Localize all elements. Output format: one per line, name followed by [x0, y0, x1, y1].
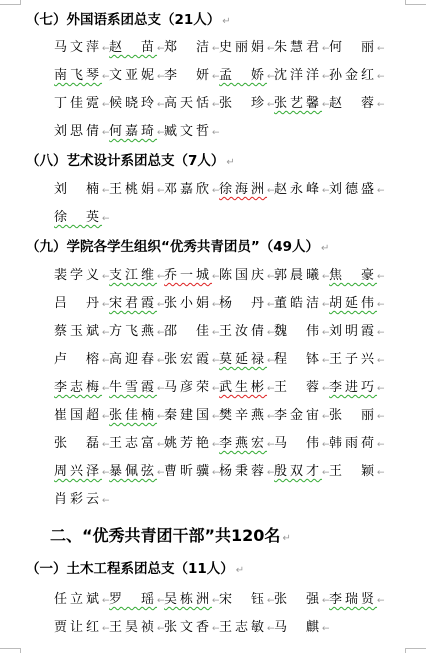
section-heading-text: （九）学院各学生组织“优秀共青团员”（49人）: [26, 239, 319, 255]
cell-end-mark-icon: ←: [377, 384, 385, 394]
name-cell[interactable]: 吴栋洲←: [164, 588, 219, 608]
name-text: 支江维: [109, 268, 157, 283]
name-cell[interactable]: 张 丽←: [329, 404, 384, 424]
name-text: 郭晨曦: [274, 268, 322, 283]
name-text: 崔国超: [54, 408, 102, 423]
section-heading-text: （七）外国语系团总支（21人）: [26, 12, 220, 28]
name-text: 张 强: [274, 592, 322, 607]
name-text: 南飞琴: [54, 68, 102, 83]
name-text: 陈国庆: [219, 268, 267, 283]
name-cell[interactable]: 张 磊←: [54, 432, 109, 452]
section-heading: 二、“优秀共青团干部”共120名↵: [50, 523, 291, 546]
name-text: 周兴泽: [54, 464, 102, 479]
name-cell[interactable]: 焦 豪←: [329, 264, 384, 284]
name-text: 赵 蓉: [329, 96, 377, 111]
name-text: 肖彩云: [54, 492, 102, 507]
name-cell[interactable]: 徐 英←: [54, 206, 109, 226]
name-text: 任立斌: [54, 592, 102, 607]
name-text: 姚芳艳: [164, 436, 212, 451]
name-table-row: 肖彩云←↵: [54, 488, 109, 508]
name-cell[interactable]: 郑 洁←: [164, 36, 219, 56]
name-cell[interactable]: 韩雨荷←: [329, 432, 384, 452]
name-cell[interactable]: 文亚妮←: [109, 64, 164, 84]
name-cell[interactable]: 孟 娇←: [219, 64, 274, 84]
name-text: 朱慧君: [274, 40, 322, 55]
name-text: 马彦荣: [164, 380, 212, 395]
name-cell[interactable]: 陈国庆←: [219, 264, 274, 284]
name-cell[interactable]: 杨秉蓉←: [219, 460, 274, 480]
name-cell[interactable]: 肖彩云←: [54, 488, 109, 508]
name-cell[interactable]: 任立斌←: [54, 588, 109, 608]
name-text: 董皓洁: [274, 296, 322, 311]
page-corner-mark: [0, 648, 21, 653]
name-cell[interactable]: 邓嘉欣←: [164, 178, 219, 198]
name-cell[interactable]: 张文香←: [164, 616, 219, 636]
name-text: 史丽娟: [219, 40, 267, 55]
name-cell[interactable]: 胡延伟←: [329, 292, 384, 312]
name-cell[interactable]: 牛雪霞←: [109, 376, 164, 396]
name-cell[interactable]: 武生彬←: [219, 376, 274, 396]
name-cell[interactable]: 臧文哲←: [164, 120, 219, 140]
name-text: 马文萍: [54, 40, 102, 55]
name-table-row: 徐 英←↵: [54, 206, 109, 226]
name-text: 张艺馨: [274, 96, 322, 111]
name-text: 刘 楠: [54, 182, 102, 197]
name-text: 暴佩弦: [109, 464, 157, 479]
cell-end-mark-icon: ←: [377, 44, 385, 54]
paragraph-mark-icon: ↵: [236, 565, 244, 576]
name-cell[interactable]: 马 麒←: [274, 616, 329, 636]
name-text: 李 妍: [164, 68, 212, 83]
cell-end-mark-icon: ←: [212, 128, 220, 138]
name-table-row: 裴学义←支江维←乔一城←陈国庆←郭晨曦←焦 豪←↵: [54, 264, 384, 284]
name-table-row: 南飞琴←文亚妮←李 妍←孟 娇←沈洋洋←孙金红←↵: [54, 64, 384, 84]
name-text: 张宏霞: [164, 352, 212, 367]
paragraph-mark-icon: ↵: [226, 157, 234, 168]
cell-end-mark-icon: ←: [377, 72, 385, 82]
section-heading-text: （八）艺术设计系团总支（7人）: [26, 153, 224, 169]
name-text: 刘明霞: [329, 324, 377, 339]
name-text: 郑 洁: [164, 40, 212, 55]
name-cell[interactable]: 卢 榕←: [54, 348, 109, 368]
name-text: 马 麒: [274, 620, 322, 635]
name-cell[interactable]: 张佳楠←: [109, 404, 164, 424]
cell-end-mark-icon: ←: [377, 300, 385, 310]
name-cell[interactable]: 曹昕骥←: [164, 460, 219, 480]
name-cell[interactable]: 张 珍←: [219, 92, 274, 112]
name-cell[interactable]: 张 强←: [274, 588, 329, 608]
name-cell[interactable]: 宋 钰←: [219, 588, 274, 608]
name-text: 丁佳霓: [54, 96, 102, 111]
name-table-row: 马文萍←赵 苗←郑 洁←史丽娟←朱慧君←何 丽←↵: [54, 36, 384, 56]
name-cell[interactable]: 王 蓉←: [274, 376, 329, 396]
name-cell[interactable]: 高迎春←: [109, 348, 164, 368]
name-text: 李进巧: [329, 380, 377, 395]
name-cell[interactable]: 赵 蓉←: [329, 92, 384, 112]
name-text: 贾让红: [54, 620, 102, 635]
name-text: 徐 英: [54, 210, 102, 225]
name-cell[interactable]: 方飞燕←: [109, 320, 164, 340]
name-cell[interactable]: 崔国超←: [54, 404, 109, 424]
name-table-row: 李志梅←牛雪霞←马彦荣←武生彬←王 蓉←李进巧←↵: [54, 376, 384, 396]
name-text: 臧文哲: [164, 124, 212, 139]
cell-end-mark-icon: ←: [377, 328, 385, 338]
name-text: 张小娟: [164, 296, 212, 311]
name-table-row: 蔡玉斌←方飞燕←邵 佳←王汝倩←魏 伟←刘明霞←↵: [54, 320, 384, 340]
name-cell[interactable]: 李志梅←: [54, 376, 109, 396]
name-text: 高天恬: [164, 96, 212, 111]
name-text: 罗 瑶: [109, 592, 157, 607]
name-cell[interactable]: 王志富←: [109, 432, 164, 452]
name-cell[interactable]: 郭晨曦←: [274, 264, 329, 284]
name-cell[interactable]: 魏 伟←: [274, 320, 329, 340]
name-cell[interactable]: 杨 丹←: [219, 292, 274, 312]
name-cell[interactable]: 吕 丹←: [54, 292, 109, 312]
name-cell[interactable]: 李瑞贤←: [329, 588, 384, 608]
cell-end-mark-icon: ←: [377, 356, 385, 366]
name-text: 李金宙: [274, 408, 322, 423]
name-cell[interactable]: 王 颖←: [329, 460, 384, 480]
name-cell[interactable]: 何 丽←: [329, 36, 384, 56]
name-text: 韩雨荷: [329, 436, 377, 451]
cell-end-mark-icon: ←: [377, 440, 385, 450]
name-table-row: 周兴泽←暴佩弦←曹昕骥←杨秉蓉←殷双才←王 颖←↵: [54, 460, 384, 480]
name-table-row: 贾让红←王昊祯←张文香←王志敏←马 麒←↵: [54, 616, 329, 636]
name-cell[interactable]: 李燕宏←: [219, 432, 274, 452]
name-table-row: 刘 楠←王桃娟←邓嘉欣←徐海洲←赵永峰←刘德盛←↵: [54, 178, 384, 198]
paragraph-mark-icon: ↵: [222, 16, 230, 27]
name-cell[interactable]: 秦建国←: [164, 404, 219, 424]
name-text: 杨秉蓉: [219, 464, 267, 479]
name-text: 魏 伟: [274, 324, 322, 339]
name-text: 张 珍: [219, 96, 267, 111]
page-corner-mark: [405, 0, 426, 5]
name-cell[interactable]: 马文萍←: [54, 36, 109, 56]
name-cell[interactable]: 姚芳艳←: [164, 432, 219, 452]
name-cell[interactable]: 贾让红←: [54, 616, 109, 636]
name-cell[interactable]: 宋君霞←: [109, 292, 164, 312]
name-cell[interactable]: 丁佳霓←: [54, 92, 109, 112]
name-text: 武生彬: [219, 380, 267, 395]
name-cell[interactable]: 何嘉琦←: [109, 120, 164, 140]
name-cell[interactable]: 刘 楠←: [54, 178, 109, 198]
name-text: 张佳楠: [109, 408, 157, 423]
name-cell[interactable]: 刘明霞←: [329, 320, 384, 340]
name-cell[interactable]: 王桃娟←: [109, 178, 164, 198]
name-cell[interactable]: 刘德盛←: [329, 178, 384, 198]
name-cell[interactable]: 王志敏←: [219, 616, 274, 636]
name-text: 刘思倩: [54, 124, 102, 139]
cell-end-mark-icon: ←: [377, 596, 385, 606]
name-cell[interactable]: 张小娟←: [164, 292, 219, 312]
name-cell[interactable]: 支江维←: [109, 264, 164, 284]
name-text: 方飞燕: [109, 324, 157, 339]
name-cell[interactable]: 罗 瑶←: [109, 588, 164, 608]
name-cell[interactable]: 裴学义←: [54, 264, 109, 284]
name-table-row: 刘思倩←何嘉琦←臧文哲←↵: [54, 120, 219, 140]
name-cell[interactable]: 高天恬←: [164, 92, 219, 112]
name-text: 邓嘉欣: [164, 182, 212, 197]
cell-end-mark-icon: ←: [102, 214, 110, 224]
name-cell[interactable]: 马彦荣←: [164, 376, 219, 396]
cell-end-mark-icon: ←: [377, 412, 385, 422]
name-text: 吴栋洲: [164, 592, 212, 607]
name-cell[interactable]: 樊辛燕←: [219, 404, 274, 424]
name-cell[interactable]: 殷双才←: [274, 460, 329, 480]
name-text: 王子兴: [329, 352, 377, 367]
name-cell[interactable]: 程 钵←: [274, 348, 329, 368]
name-text: 李瑞贤: [329, 592, 377, 607]
name-text: 焦 豪: [329, 268, 377, 283]
name-cell[interactable]: 乔一城←: [164, 264, 219, 284]
section-heading: （七）外国语系团总支（21人）↵: [26, 8, 231, 28]
name-cell[interactable]: 马 伟←: [274, 432, 329, 452]
cell-end-mark-icon: ←: [377, 100, 385, 110]
name-text: 王汝倩: [219, 324, 267, 339]
name-cell[interactable]: 王昊祯←: [109, 616, 164, 636]
name-text: 秦建国: [164, 408, 212, 423]
page-corner-mark: [0, 0, 21, 5]
name-cell[interactable]: 王汝倩←: [219, 320, 274, 340]
name-text: 殷双才: [274, 464, 322, 479]
name-text: 宋 钰: [219, 592, 267, 607]
section-heading: （八）艺术设计系团总支（7人）↵: [26, 149, 235, 169]
cell-end-mark-icon: ←: [377, 468, 385, 478]
name-text: 王 蓉: [274, 380, 322, 395]
name-cell[interactable]: 徐海洲←: [219, 178, 274, 198]
name-cell[interactable]: 赵永峰←: [274, 178, 329, 198]
name-text: 王志富: [109, 436, 157, 451]
cell-end-mark-icon: ←: [377, 272, 385, 282]
name-text: 程 钵: [274, 352, 322, 367]
name-text: 孙金红: [329, 68, 377, 83]
name-cell[interactable]: 李进巧←: [329, 376, 384, 396]
name-table-row: 吕 丹←宋君霞←张小娟←杨 丹←董皓洁←胡延伟←↵: [54, 292, 384, 312]
name-text: 赵 苗: [109, 40, 157, 55]
name-text: 王桃娟: [109, 182, 157, 197]
name-text: 王 颖: [329, 464, 377, 479]
name-text: 张文香: [164, 620, 212, 635]
name-text: 高迎春: [109, 352, 157, 367]
name-cell[interactable]: 孙金红←: [329, 64, 384, 84]
name-cell[interactable]: 南飞琴←: [54, 64, 109, 84]
name-cell[interactable]: 董皓洁←: [274, 292, 329, 312]
name-table-row: 崔国超←张佳楠←秦建国←樊辛燕←李金宙←张 丽←↵: [54, 404, 384, 424]
section-heading-text: （一）土木工程系团总支（11人）: [26, 561, 234, 577]
name-cell[interactable]: 蔡玉斌←: [54, 320, 109, 340]
name-table-row: 任立斌←罗 瑶←吴栋洲←宋 钰←张 强←李瑞贤←↵: [54, 588, 384, 608]
name-text: 裴学义: [54, 268, 102, 283]
name-table-row: 丁佳霓←候晓玲←高天恬←张 珍←张艺馨←赵 蓉←↵: [54, 92, 384, 112]
name-text: 杨 丹: [219, 296, 267, 311]
paragraph-mark-icon: ↵: [321, 243, 329, 254]
name-text: 候晓玲: [109, 96, 157, 111]
name-cell[interactable]: 朱慧君←: [274, 36, 329, 56]
name-text: 李志梅: [54, 380, 102, 395]
name-text: 马 伟: [274, 436, 322, 451]
section-heading: （一）土木工程系团总支（11人）↵: [26, 557, 244, 577]
name-text: 樊辛燕: [219, 408, 267, 423]
name-cell[interactable]: 王子兴←: [329, 348, 384, 368]
name-text: 曹昕骥: [164, 464, 212, 479]
name-text: 张 磊: [54, 436, 102, 451]
name-text: 张 丽: [329, 408, 377, 423]
page-corner-mark: [405, 648, 426, 653]
section-heading-text: 二、“优秀共青团干部”共120名: [50, 526, 280, 545]
name-text: 卢 榕: [54, 352, 102, 367]
name-cell[interactable]: 张宏霞←: [164, 348, 219, 368]
name-text: 刘德盛: [329, 182, 377, 197]
name-text: 蔡玉斌: [54, 324, 102, 339]
name-text: 孟 娇: [219, 68, 267, 83]
name-text: 邵 佳: [164, 324, 212, 339]
cell-end-mark-icon: ←: [377, 186, 385, 196]
section-heading: （九）学院各学生组织“优秀共青团员”（49人）↵: [26, 235, 329, 255]
paragraph-mark-icon: ↵: [282, 533, 290, 544]
cell-end-mark-icon: ←: [322, 624, 330, 634]
name-text: 文亚妮: [109, 68, 157, 83]
name-text: 乔一城: [164, 268, 212, 283]
name-text: 赵永峰: [274, 182, 322, 197]
name-text: 胡延伟: [329, 296, 377, 311]
name-cell[interactable]: 张艺馨←: [274, 92, 329, 112]
name-cell[interactable]: 暴佩弦←: [109, 460, 164, 480]
name-text: 何 丽: [329, 40, 377, 55]
name-cell[interactable]: 莫延禄←: [219, 348, 274, 368]
cell-end-mark-icon: ←: [102, 496, 110, 506]
name-text: 吕 丹: [54, 296, 102, 311]
name-cell[interactable]: 刘思倩←: [54, 120, 109, 140]
name-cell[interactable]: 沈洋洋←: [274, 64, 329, 84]
name-cell[interactable]: 李金宙←: [274, 404, 329, 424]
name-cell[interactable]: 史丽娟←: [219, 36, 274, 56]
name-table-row: 张 磊←王志富←姚芳艳←李燕宏←马 伟←韩雨荷←↵: [54, 432, 384, 452]
name-text: 沈洋洋: [274, 68, 322, 83]
name-text: 宋君霞: [109, 296, 157, 311]
name-cell[interactable]: 赵 苗←: [109, 36, 164, 56]
name-text: 李燕宏: [219, 436, 267, 451]
name-text: 王志敏: [219, 620, 267, 635]
name-text: 莫延禄: [219, 352, 267, 367]
name-cell[interactable]: 邵 佳←: [164, 320, 219, 340]
name-text: 王昊祯: [109, 620, 157, 635]
name-cell[interactable]: 周兴泽←: [54, 460, 109, 480]
name-table-row: 卢 榕←高迎春←张宏霞←莫延禄←程 钵←王子兴←↵: [54, 348, 384, 368]
name-text: 何嘉琦: [109, 124, 157, 139]
name-cell[interactable]: 候晓玲←: [109, 92, 164, 112]
name-text: 牛雪霞: [109, 380, 157, 395]
name-cell[interactable]: 李 妍←: [164, 64, 219, 84]
name-text: 徐海洲: [219, 182, 267, 197]
